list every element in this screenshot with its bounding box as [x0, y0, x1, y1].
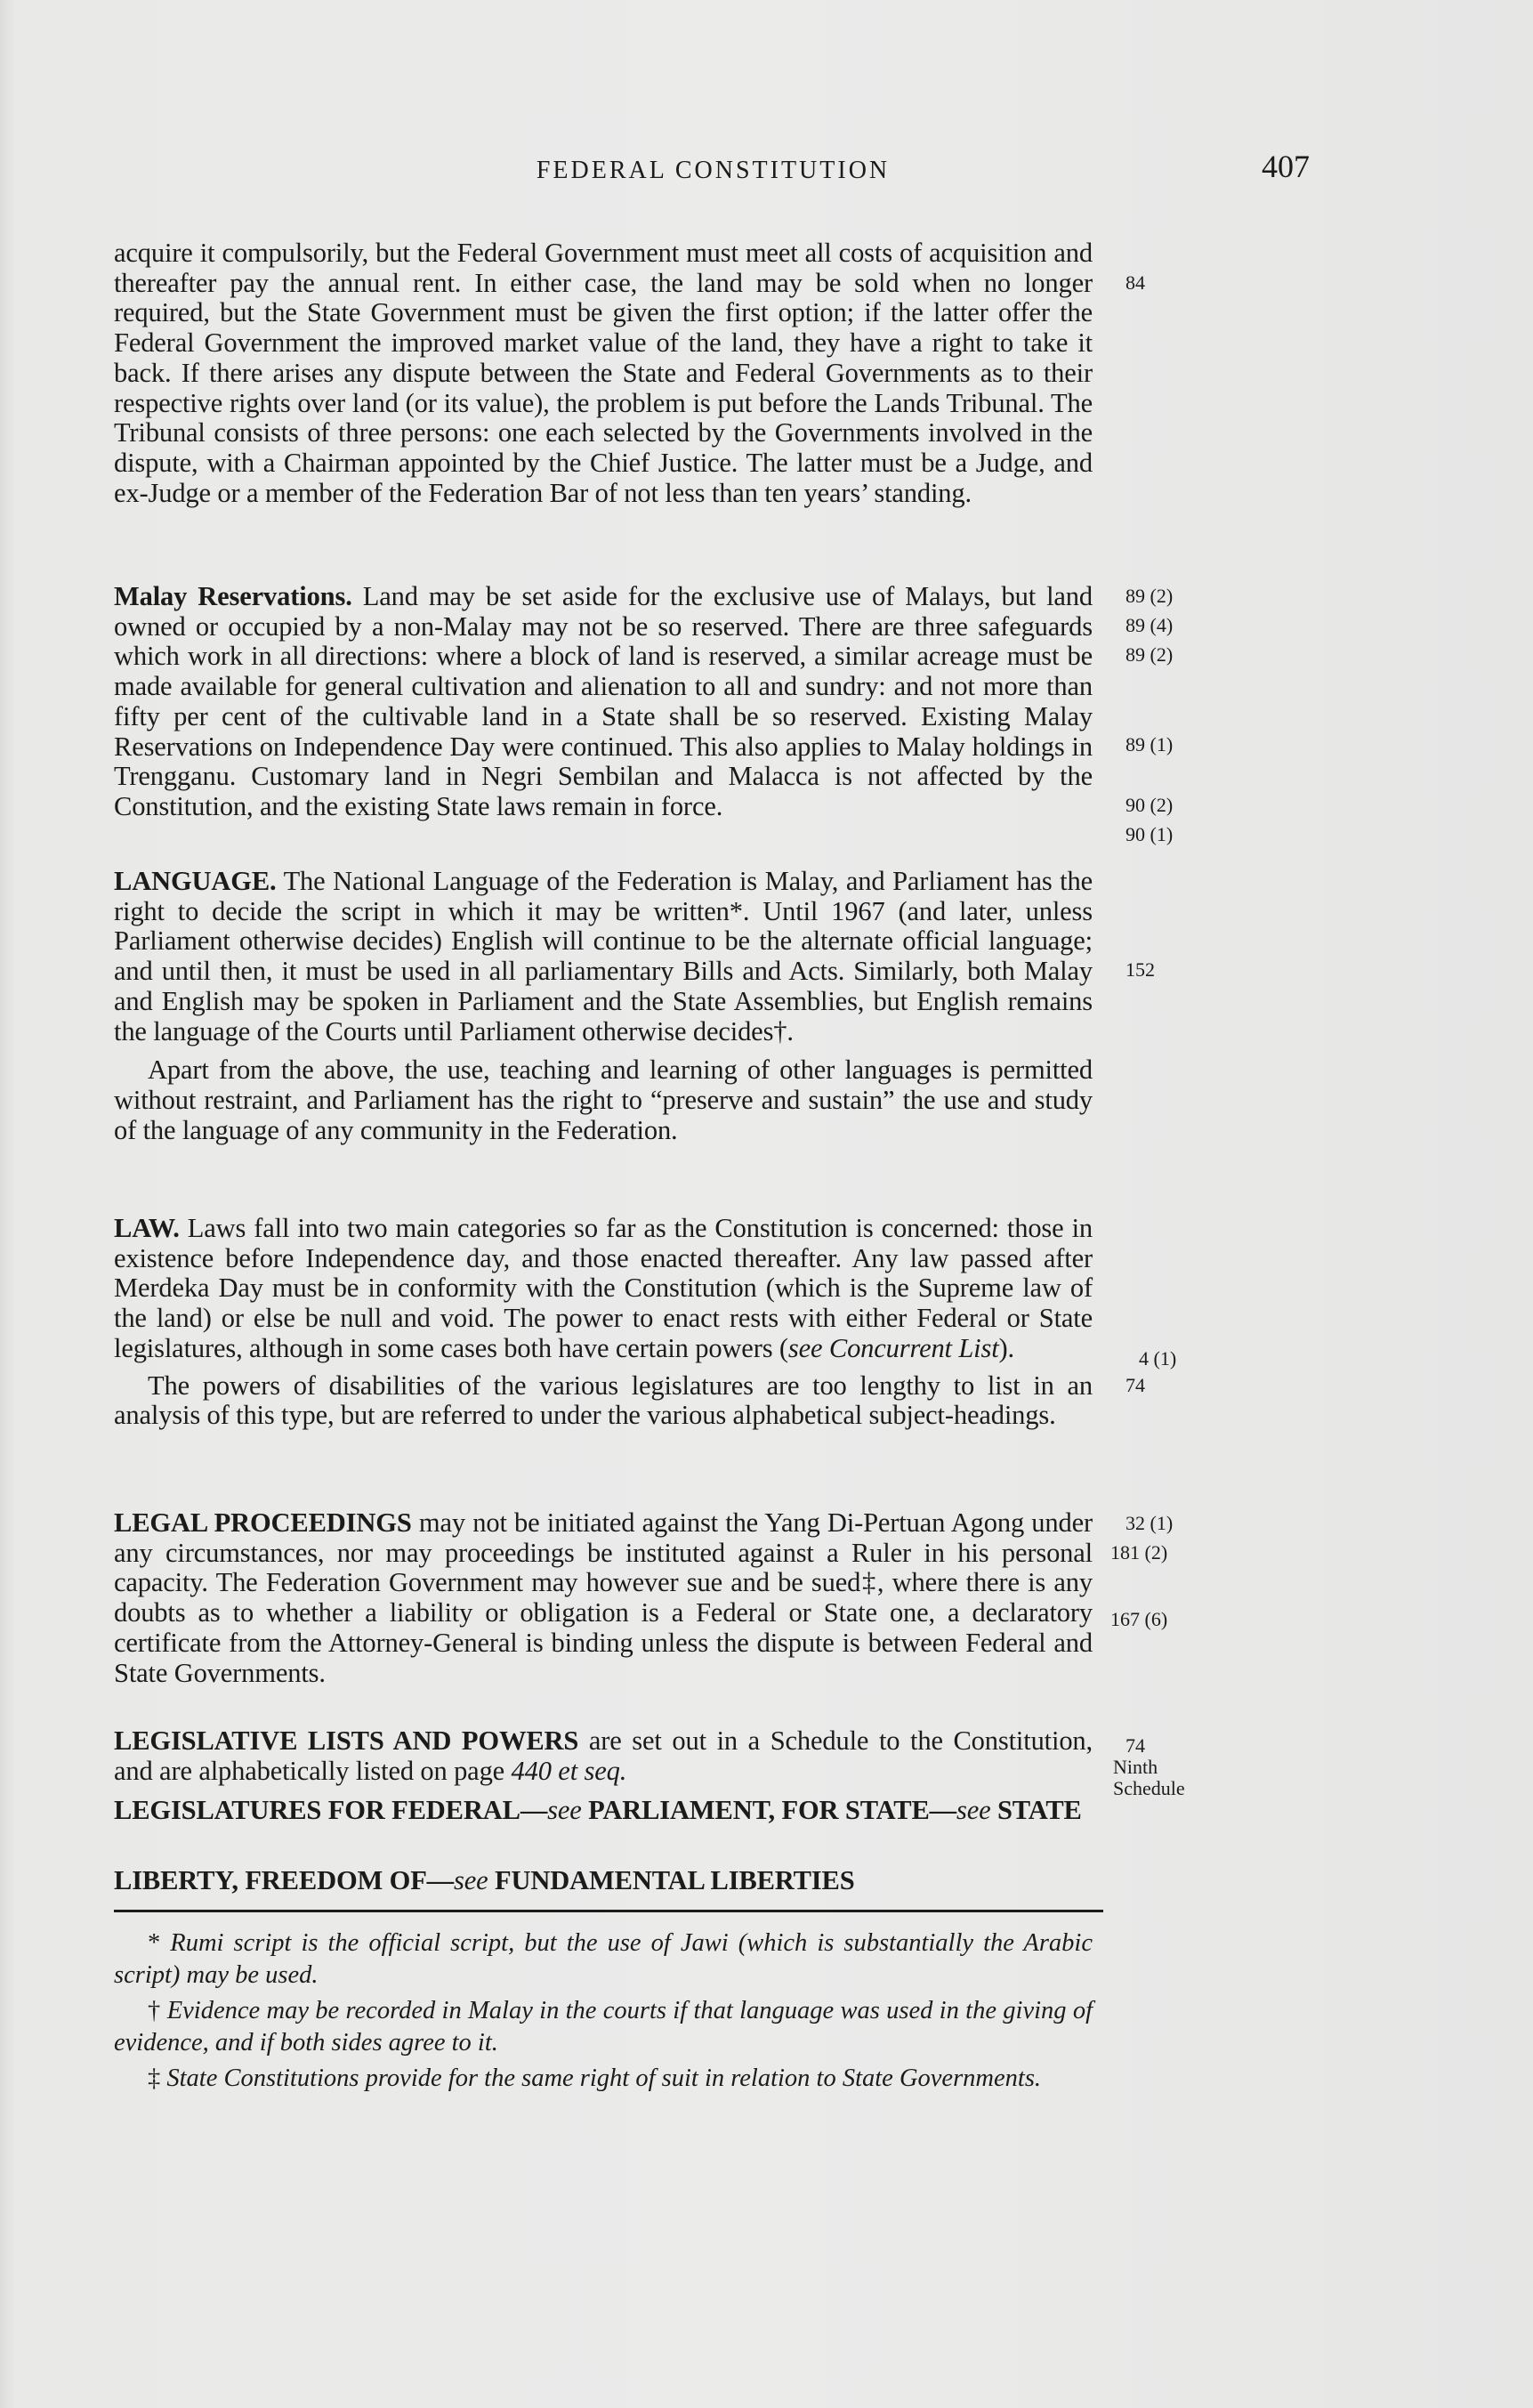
entry-legislatures: LEGISLATURES FOR FEDERAL—see PARLIAMENT,…: [114, 1796, 1093, 1826]
entry-paragraph-2: Apart from the above, the use, teaching …: [114, 1055, 1093, 1145]
margin-note: Schedule: [1113, 1778, 1185, 1799]
page-number: 407: [1262, 148, 1310, 185]
footnote-text: Evidence may be recorded in Malay in the…: [114, 1997, 1093, 2056]
entry-heading: LEGAL PROCEEDINGS: [114, 1507, 412, 1538]
running-header: FEDERAL CONSTITUTION: [0, 157, 1426, 185]
entry-language: LANGUAGE. The National Language of the F…: [114, 867, 1093, 1145]
entry-target: STATE: [991, 1795, 1082, 1825]
footnotes: * Rumi script is the official script, bu…: [114, 1927, 1093, 2095]
margin-note: 89 (2): [1126, 586, 1173, 607]
footnote-mark: ‡: [148, 2065, 166, 2092]
margin-note: 74: [1126, 1735, 1145, 1757]
margin-note: 4 (1): [1139, 1348, 1176, 1370]
margin-note: 89 (4): [1126, 615, 1173, 636]
entry-legislative-lists: LEGISLATIVE LISTS AND POWERS are set out…: [114, 1726, 1093, 1786]
entry-heading: LAW.: [114, 1213, 180, 1243]
footnote-text: Rumi script is the official script, but …: [114, 1929, 1093, 1989]
entry-paragraph-2: The powers of disabilities of the variou…: [114, 1371, 1093, 1431]
margin-note: 167 (6): [1110, 1609, 1167, 1630]
footnote-divider: [114, 1910, 1103, 1912]
footnote-dagger: † Evidence may be recorded in Malay in t…: [114, 1995, 1093, 2059]
footnote-text: State Constitutions provide for the same…: [166, 2065, 1041, 2092]
entry-malay-reservations: Malay Reservations. Land may be set asid…: [114, 582, 1093, 822]
entry-heading-cont: PARLIAMENT, FOR STATE—: [582, 1795, 956, 1825]
entry-law: LAW. Laws fall into two main categories …: [114, 1214, 1093, 1431]
margin-note: 90 (2): [1126, 795, 1173, 816]
entry-target: FUNDAMENTAL LIBERTIES: [488, 1865, 855, 1895]
entry-liberty: LIBERTY, FREEDOM OF—see FUNDAMENTAL LIBE…: [114, 1866, 1093, 1896]
margin-note: 90 (1): [1126, 824, 1173, 845]
paragraph-text: acquire it compulsorily, but the Federal…: [114, 238, 1093, 508]
cross-reference: see Concurrent List: [788, 1333, 999, 1363]
entry-heading: LIBERTY, FREEDOM OF—: [114, 1865, 454, 1895]
margin-note: Ninth: [1113, 1757, 1158, 1778]
footnote-mark: *: [148, 1929, 170, 1957]
entry-heading: LANGUAGE.: [114, 866, 277, 896]
footnote-mark: †: [148, 1997, 167, 2024]
paragraph-land-continued: acquire it compulsorily, but the Federal…: [114, 238, 1093, 508]
margin-note: 32 (1): [1126, 1513, 1173, 1534]
entry-legal-proceedings: LEGAL PROCEEDINGS may not be initiated a…: [114, 1508, 1093, 1688]
entry-text-end: ).: [999, 1333, 1014, 1363]
margin-note: 74: [1126, 1375, 1145, 1396]
see-reference: see: [547, 1795, 582, 1825]
entry-heading: LEGISLATIVE LISTS AND POWERS: [114, 1725, 578, 1756]
entry-heading: LEGISLATURES FOR FEDERAL—: [114, 1795, 547, 1825]
margin-note: 152: [1126, 959, 1155, 981]
footnote-double-dagger: ‡ State Constitutions provide for the sa…: [114, 2063, 1093, 2095]
see-reference: see: [454, 1865, 488, 1895]
entry-heading: Malay Reservations.: [114, 581, 352, 611]
entry-text: Land may be set aside for the exclusive …: [114, 581, 1093, 821]
footnote-asterisk: * Rumi script is the official script, bu…: [114, 1927, 1093, 1992]
see-reference: see: [956, 1795, 991, 1825]
page-reference: 440 et seq.: [512, 1756, 627, 1786]
margin-note: 89 (1): [1126, 734, 1173, 756]
margin-note: 84: [1126, 272, 1145, 294]
margin-note: 89 (2): [1126, 644, 1173, 666]
margin-note: 181 (2): [1110, 1542, 1167, 1564]
